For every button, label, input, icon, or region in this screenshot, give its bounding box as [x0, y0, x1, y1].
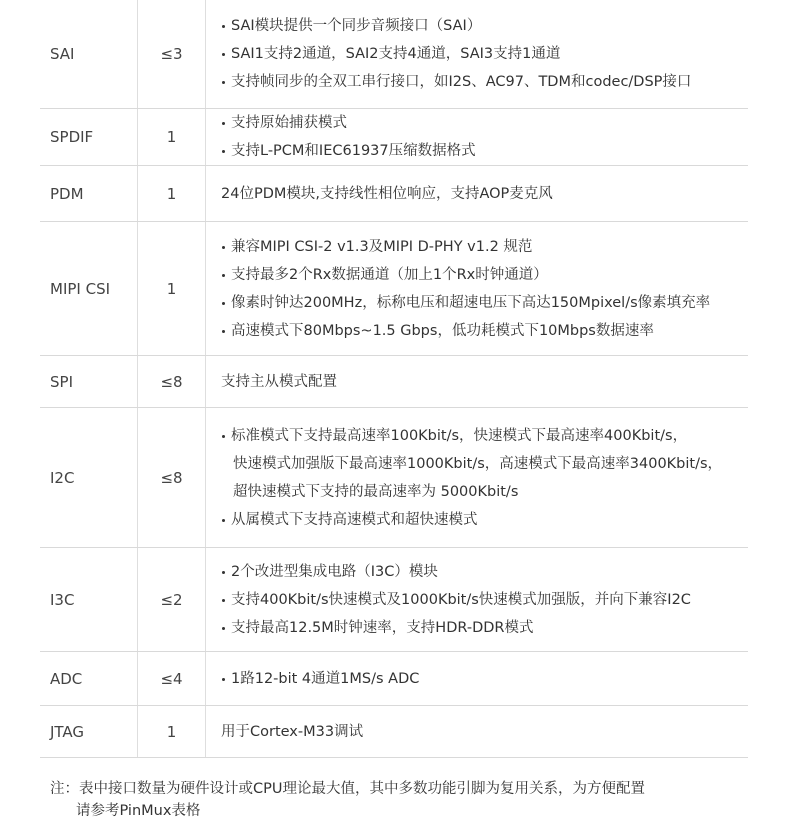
interface-name: SPI [40, 356, 138, 407]
feature-text: 24位PDM模块,支持线性相位响应，支持AOP麦克风 [221, 181, 553, 207]
feature-text: 用于Cortex-M33调试 [221, 719, 363, 745]
feature-item: 支持原始捕获模式 [221, 109, 476, 137]
feature-item: SAI1支持2通道，SAI2支持4通道，SAI3支持1通道 [221, 40, 691, 68]
interface-description: 兼容MIPI CSI-2 v1.3及MIPI D-PHY v1.2 规范支持最多… [206, 222, 748, 355]
table-row: SPI≤8支持主从模式配置 [40, 356, 748, 408]
feature-item: 支持L-PCM和IEC61937压缩数据格式 [221, 137, 476, 165]
interface-description: 2个改进型集成电路（I3C）模块支持400Kbit/s快速模式及1000Kbit… [206, 548, 748, 651]
feature-item: 1路12-bit 4通道1MS/s ADC [221, 665, 419, 693]
feature-list: 兼容MIPI CSI-2 v1.3及MIPI D-PHY v1.2 规范支持最多… [221, 233, 710, 345]
interface-name: SPDIF [40, 109, 138, 165]
table-row: I3C≤22个改进型集成电路（I3C）模块支持400Kbit/s快速模式及100… [40, 548, 748, 652]
feature-list: 标准模式下支持最高速率100Kbit/s，快速模式下最高速率400Kbit/s，… [221, 422, 722, 534]
table-row: SAI≤3SAI模块提供一个同步音频接口（SAI）SAI1支持2通道，SAI2支… [40, 0, 748, 109]
interface-name: I3C [40, 548, 138, 651]
feature-text: 支持主从模式配置 [221, 369, 337, 395]
interface-description: 支持原始捕获模式支持L-PCM和IEC61937压缩数据格式 [206, 109, 748, 165]
table-row: JTAG1用于Cortex-M33调试 [40, 706, 748, 758]
interface-description: 用于Cortex-M33调试 [206, 706, 748, 757]
feature-list: 支持原始捕获模式支持L-PCM和IEC61937压缩数据格式 [221, 109, 476, 165]
table-row: MIPI CSI1兼容MIPI CSI-2 v1.3及MIPI D-PHY v1… [40, 222, 748, 356]
feature-list: 1路12-bit 4通道1MS/s ADC [221, 665, 419, 693]
feature-item: 支持最高12.5M时钟速率，支持HDR-DDR模式 [221, 614, 691, 642]
table-row: SPDIF1支持原始捕获模式支持L-PCM和IEC61937压缩数据格式 [40, 109, 748, 166]
interface-name: I2C [40, 408, 138, 547]
feature-item-continuation: 快速模式加强版下最高速率1000Kbit/s，高速模式下最高速率3400Kbit… [221, 450, 722, 478]
footnote-line-1: 注：表中接口数量为硬件设计或CPU理论最大值，其中多数功能引脚为复用关系，为方便… [50, 778, 645, 800]
table-row: I2C≤8标准模式下支持最高速率100Kbit/s，快速模式下最高速率400Kb… [40, 408, 748, 548]
feature-item: 像素时钟达200MHz，标称电压和超速电压下高达150Mpixel/s像素填充率 [221, 289, 710, 317]
feature-list: SAI模块提供一个同步音频接口（SAI）SAI1支持2通道，SAI2支持4通道，… [221, 12, 691, 96]
interface-description: 标准模式下支持最高速率100Kbit/s，快速模式下最高速率400Kbit/s，… [206, 408, 748, 547]
interface-name: SAI [40, 0, 138, 108]
interface-description: 24位PDM模块,支持线性相位响应，支持AOP麦克风 [206, 166, 748, 221]
interface-count: 1 [138, 166, 206, 221]
interface-count: ≤8 [138, 356, 206, 407]
interface-count: 1 [138, 109, 206, 165]
feature-item: 高速模式下80Mbps~1.5 Gbps，低功耗模式下10Mbps数据速率 [221, 317, 710, 345]
interface-count: ≤3 [138, 0, 206, 108]
feature-item: 从属模式下支持高速模式和超快速模式 [221, 506, 722, 534]
feature-item: 支持帧同步的全双工串行接口，如I2S、AC97、TDM和codec/DSP接口 [221, 68, 691, 96]
interface-description: 1路12-bit 4通道1MS/s ADC [206, 652, 748, 705]
interface-count: ≤2 [138, 548, 206, 651]
interface-description: 支持主从模式配置 [206, 356, 748, 407]
footnote: 注：表中接口数量为硬件设计或CPU理论最大值，其中多数功能引脚为复用关系，为方便… [50, 778, 645, 822]
feature-item: 兼容MIPI CSI-2 v1.3及MIPI D-PHY v1.2 规范 [221, 233, 710, 261]
feature-item: 支持最多2个Rx数据通道（加上1个Rx时钟通道） [221, 261, 710, 289]
interface-table: SAI≤3SAI模块提供一个同步音频接口（SAI）SAI1支持2通道，SAI2支… [40, 0, 748, 758]
interface-count: 1 [138, 706, 206, 757]
table-row: PDM124位PDM模块,支持线性相位响应，支持AOP麦克风 [40, 166, 748, 222]
feature-item-continuation: 超快速模式下支持的最高速率为 5000Kbit/s [221, 478, 722, 506]
interface-name: MIPI CSI [40, 222, 138, 355]
interface-description: SAI模块提供一个同步音频接口（SAI）SAI1支持2通道，SAI2支持4通道，… [206, 0, 748, 108]
feature-item: SAI模块提供一个同步音频接口（SAI） [221, 12, 691, 40]
interface-name: ADC [40, 652, 138, 705]
interface-name: PDM [40, 166, 138, 221]
interface-count: ≤4 [138, 652, 206, 705]
interface-name: JTAG [40, 706, 138, 757]
feature-item: 支持400Kbit/s快速模式及1000Kbit/s快速模式加强版，并向下兼容I… [221, 586, 691, 614]
footnote-line-2: 请参考PinMux表格 [50, 800, 645, 822]
feature-item: 标准模式下支持最高速率100Kbit/s，快速模式下最高速率400Kbit/s， [221, 422, 722, 450]
interface-count: ≤8 [138, 408, 206, 547]
interface-count: 1 [138, 222, 206, 355]
table-row: ADC≤41路12-bit 4通道1MS/s ADC [40, 652, 748, 706]
feature-item: 2个改进型集成电路（I3C）模块 [221, 558, 691, 586]
feature-list: 2个改进型集成电路（I3C）模块支持400Kbit/s快速模式及1000Kbit… [221, 558, 691, 642]
